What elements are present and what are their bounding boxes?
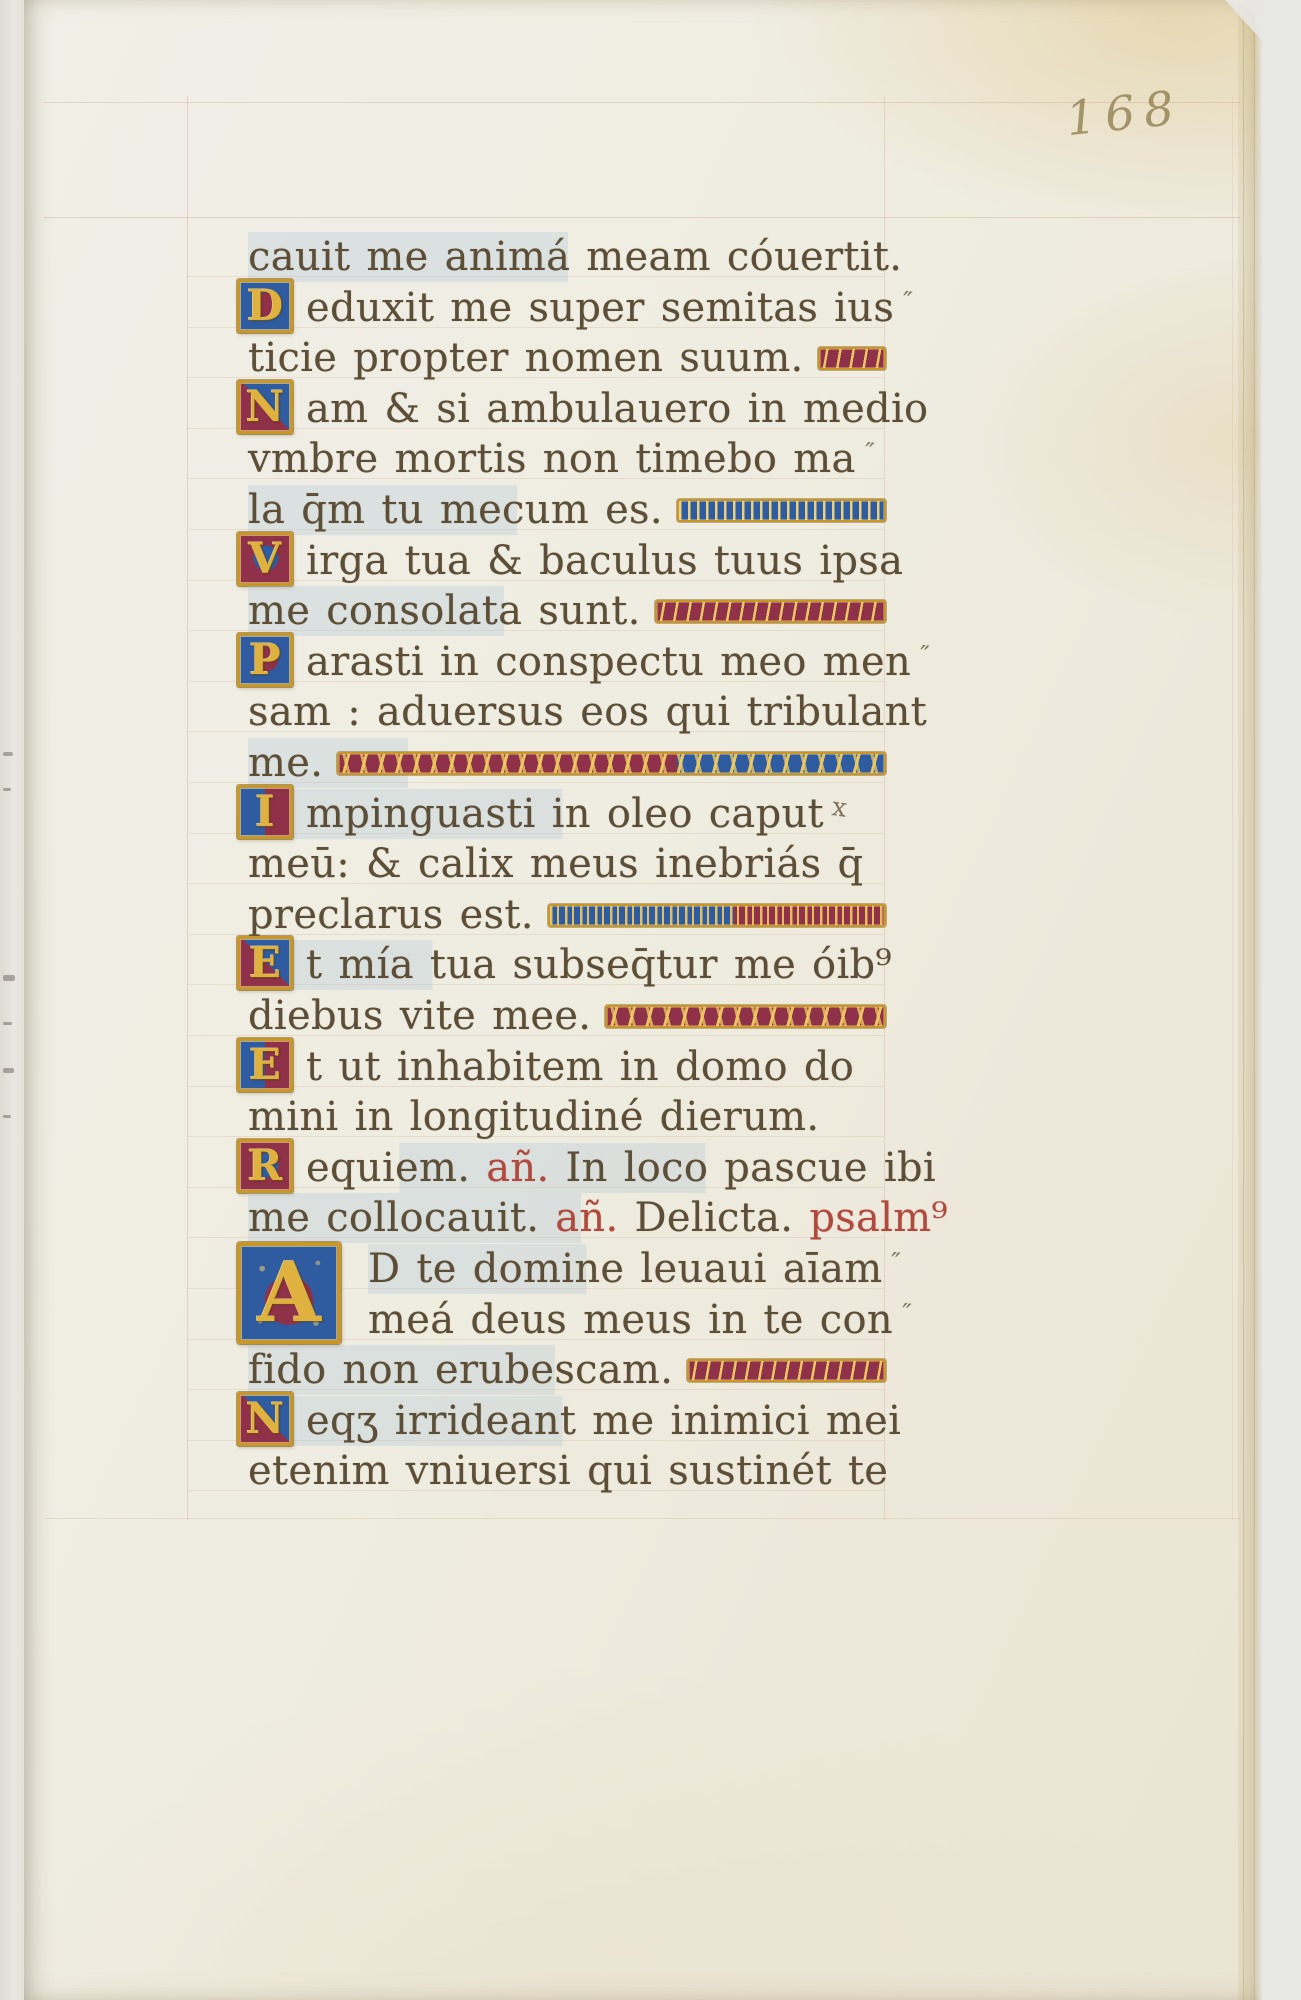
line-text-run: preclarus est. [248,895,534,935]
text-line: vmbre mortis non timebo ma″ [248,434,888,484]
initial-letter: E [249,942,281,984]
line-end-mark: x [830,794,848,822]
line-text-run: t mía tua subseq̄tur me óib⁹ [306,945,892,985]
illuminated-initial: P [237,633,293,687]
line-text-run: am & si ambulauero in medio [306,389,928,429]
manuscript-scan: 168 cauit me animá meam cóuertit.Deduxit… [0,0,1301,2000]
text-line: D te domine leuaui aīam″ [368,1244,888,1294]
line-text-run: diebus vite mee. [248,996,591,1036]
illuminated-initial: V [237,532,293,586]
line-filler-ornament [655,600,886,623]
text-line: Nam & si ambulauero in medio [237,384,888,434]
illuminated-initial: E [237,936,293,990]
line-text-run: vmbre mortis non timebo ma [248,439,856,479]
line-filler-ornament [337,752,886,775]
line-text-run: me collocauit. [248,1198,555,1238]
initial-letter: N [246,1398,285,1440]
line-filler-ornament [677,499,886,522]
initial-letter: A [257,1252,321,1334]
initial-letter: I [255,791,275,833]
line-text-run: arasti in conspectu meo men [306,642,911,682]
text-line: Parasti in conspectu meo men″ [237,637,888,687]
text-line: etenim vniuersi qui sustinét te [248,1446,888,1496]
line-text-run: In loco pascue ibi [550,1148,937,1188]
text-line: Virga tua & baculus tuus ipsa [237,536,888,586]
text-line: cauit me animá meam cóuertit. [248,232,888,282]
line-filler-ornament [548,904,886,927]
line-text-run: D te domine leuaui aīam [368,1249,882,1289]
line-text-run: mini in longitudiné dierum. [248,1097,819,1137]
rubric-text: psalm⁹ [809,1198,948,1238]
line-filler-ornament [605,1005,886,1028]
text-line: ticie propter nomen suum. [248,333,888,383]
illuminated-initial: I [237,785,293,839]
text-line: fido non erubescam. [248,1345,888,1395]
initial-letter: E [249,1044,281,1086]
illuminated-initial: N [237,1392,293,1446]
line-text-run: cauit me animá meam cóuertit. [248,237,902,277]
illuminated-initial: N [237,380,293,434]
line-text-run: ticie propter nomen suum. [248,338,804,378]
initial-letter: N [246,386,285,428]
text-line: me. [248,738,888,788]
text-line: meū: & calix meus inebriás q̄ [248,839,888,889]
page-edge [1238,0,1264,2000]
line-text-run: equiem. [306,1148,486,1188]
gutter-page-edge-mark [3,1115,11,1118]
text-line: Et mía tua subseq̄tur me óib⁹ [237,940,888,990]
rubric-text: añ. [555,1198,618,1238]
line-text-run: mpinguasti in oleo caput [306,794,824,834]
text-line: Deduxit me super semitas ius″ [237,283,888,333]
line-text-run: irga tua & baculus tuus ipsa [306,541,903,581]
line-text-run: la q̄m tu mecum es. [248,490,663,530]
line-text-run: fido non erubescam. [248,1350,673,1390]
text-line: Requiem. añ. In loco pascue ibi [237,1143,888,1193]
gutter-page-edge-mark [3,1068,14,1073]
line-end-mark: ″ [862,439,876,466]
initial-letter: D [247,285,284,327]
text-line: sam : aduersus eos qui tribulant [248,687,888,737]
illuminated-initial: R [237,1139,293,1193]
text-line: preclarus est. [248,890,888,940]
text-line: Neqʒ irrideant me inimici mei [237,1396,888,1446]
line-text-run: eduxit me super semitas ius [306,288,894,328]
gutter-page-edge-mark [3,975,15,981]
initial-letter: P [249,639,281,681]
book-gutter [0,0,26,2000]
illuminated-initial: E [237,1038,293,1092]
text-line: diebus vite mee. [248,991,888,1041]
initial-letter: V [249,538,282,580]
line-filler-ornament [687,1359,886,1382]
text-line: la q̄m tu mecum es. [248,485,888,535]
line-text-run: me consolata sunt. [248,591,641,631]
text-line: meá deus meus in te con″ [368,1295,888,1345]
line-text-run: meá deus meus in te con [368,1300,893,1340]
text-line: Et ut inhabitem in domo do [237,1042,888,1092]
text-line: me collocauit. añ. Delicta. psalm⁹ [248,1193,888,1243]
line-text-run: sam : aduersus eos qui tribulant [248,692,927,732]
line-text-run: t ut inhabitem in domo do [306,1047,854,1087]
illuminated-initial-large: A [237,1242,341,1344]
line-filler-ornament [818,347,886,370]
illuminated-initial: D [237,279,293,333]
initial-letter: R [247,1145,282,1187]
gutter-page-edge-mark [3,1022,12,1025]
text-line: mini in longitudiné dierum. [248,1092,888,1142]
line-text-run: meū: & calix meus inebriás q̄ [248,844,863,884]
gutter-page-edge-mark [3,752,13,756]
text-line: Impinguasti in oleo caputx [237,789,888,839]
line-text-run: etenim vniuersi qui sustinét te [248,1451,888,1491]
line-text-run: me. [248,743,323,783]
text-line: me consolata sunt. [248,586,888,636]
rubric-text: añ. [486,1148,549,1188]
gutter-page-edge-mark [3,788,11,791]
line-text-run: Delicta. [619,1198,810,1238]
line-text-run: eqʒ irrideant me inimici mei [306,1401,901,1441]
